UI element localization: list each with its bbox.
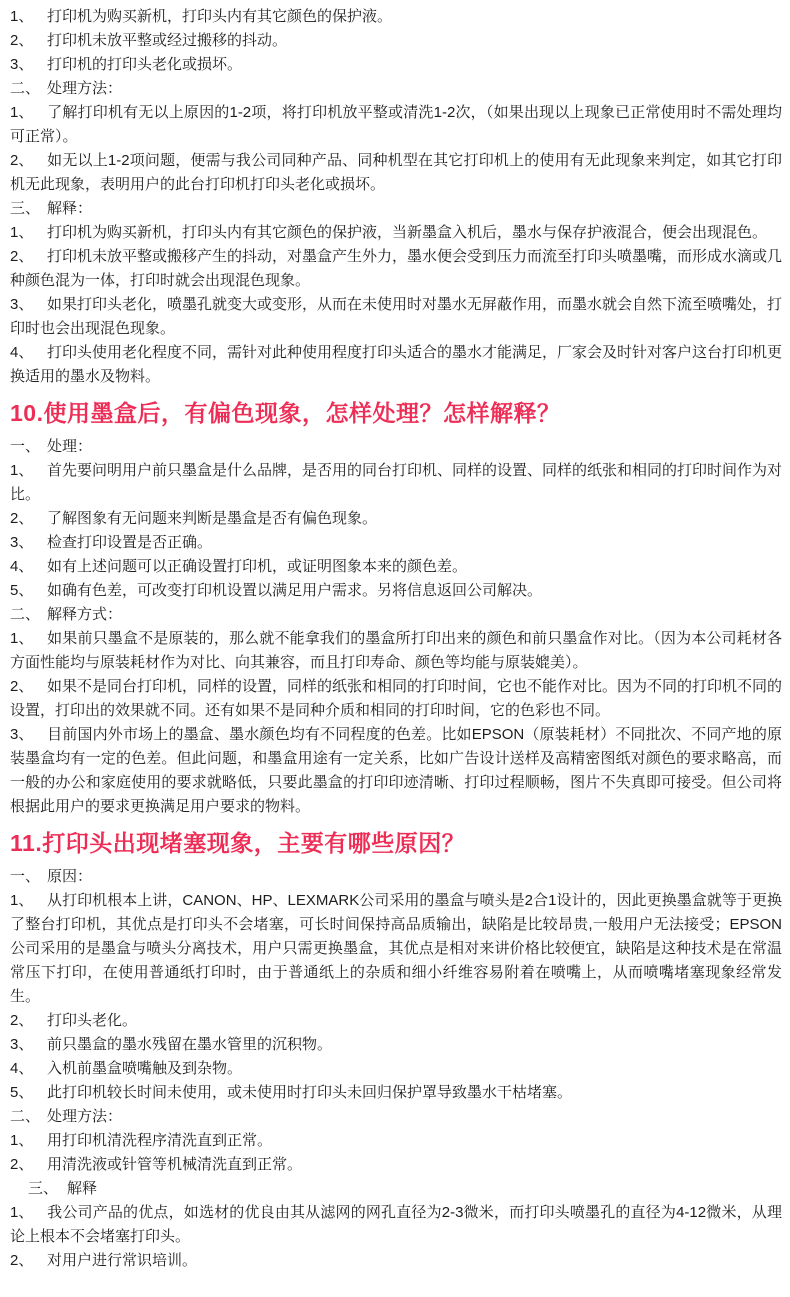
item-text: 打印机未放平整或搬移产生的抖动，对墨盒产生外力，墨水便会受到压力而流至打印头喷墨… (10, 248, 782, 289)
item-text: 此打印机较长时间未使用，或未使用时打印头未回归保护罩导致墨水干枯堵塞。 (47, 1084, 572, 1101)
list-item: 4、如有上述问题可以正确设置打印机，或证明图象本来的颜色差。 (10, 555, 782, 579)
item-number: 1、 (10, 5, 47, 29)
item-number: 2、 (10, 1153, 47, 1177)
list-item: 1、我公司产品的优点，如选材的优良由其从滤网的网孔直径为2-3微米，而打印头喷墨… (10, 1201, 782, 1249)
section-label: 一、原因： (10, 865, 782, 889)
section-label: 三、解释： (10, 197, 782, 221)
list-item: 3、打印机的打印头老化或损坏。 (10, 53, 782, 77)
item-number: 2、 (10, 1249, 47, 1273)
item-number: 3、 (10, 723, 47, 747)
list-item: 1、用打印机清洗程序清洗直到正常。 (10, 1129, 782, 1153)
question-heading-10: 10.使用墨盒后，有偏色现象，怎样处理？怎样解释？ (10, 398, 782, 429)
item-number: 2、 (10, 675, 47, 699)
list-item: 2、了解图象有无问题来判断是墨盒是否有偏色现象。 (10, 507, 782, 531)
item-text: 处理： (47, 438, 92, 455)
item-number: 一、 (10, 435, 47, 459)
item-text: 我公司产品的优点，如选材的优良由其从滤网的网孔直径为2-3微米，而打印头喷墨孔的… (10, 1204, 782, 1245)
list-item: 3、目前国内外市场上的墨盒、墨水颜色均有不同程度的色差。比如EPSON（原装耗材… (10, 723, 782, 819)
list-item: 1、如果前只墨盒不是原装的，那么就不能拿我们的墨盒所打印出来的颜色和前只墨盒作对… (10, 627, 782, 675)
item-number: 2、 (10, 29, 47, 53)
item-text: 处理方法： (47, 1108, 122, 1125)
section-label: 三、解释 (10, 1177, 782, 1201)
item-text: 入机前墨盒喷嘴触及到杂物。 (47, 1060, 242, 1077)
list-item: 1、了解打印机有无以上原因的1-2项，将打印机放平整或清洗1-2次，（如果出现以… (10, 101, 782, 149)
list-item: 5、如确有色差，可改变打印机设置以满足用户需求。另将信息返回公司解决。 (10, 579, 782, 603)
list-item: 2、对用户进行常识培训。 (10, 1249, 782, 1273)
list-item: 2、用清洗液或针管等机械清洗直到正常。 (10, 1153, 782, 1177)
item-number: 1、 (10, 101, 47, 125)
item-number: 3、 (10, 293, 47, 317)
list-item: 3、前只墨盒的墨水残留在墨水管里的沉积物。 (10, 1033, 782, 1057)
item-text: 如无以上1-2项问题，便需与我公司同种产品、同种机型在其它打印机上的使用有无此现… (10, 152, 782, 193)
item-number: 2、 (10, 1009, 47, 1033)
item-text: 打印机为购买新机，打印头内有其它颜色的保护液，当新墨盒入机后，墨水与保存护液混合… (47, 224, 767, 241)
item-text: 打印头使用老化程度不同，需针对此种使用程度打印头适合的墨水才能满足，厂家会及时针… (10, 344, 782, 385)
item-number: 2、 (10, 149, 47, 173)
section-label: 二、解释方式： (10, 603, 782, 627)
item-number: 4、 (10, 1057, 47, 1081)
item-number: 4、 (10, 341, 47, 365)
item-text: 检查打印设置是否正确。 (47, 534, 212, 551)
item-number: 1、 (10, 1129, 47, 1153)
list-item: 3、检查打印设置是否正确。 (10, 531, 782, 555)
item-text: 解释： (47, 200, 92, 217)
item-text: 如果打印头老化，喷墨孔就变大或变形，从而在未使用时对墨水无屏蔽作用，而墨水就会自… (10, 296, 782, 337)
item-number: 3、 (10, 53, 47, 77)
item-number: 1、 (10, 627, 47, 651)
list-item: 2、打印头老化。 (10, 1009, 782, 1033)
list-item: 2、打印机未放平整或经过搬移的抖动。 (10, 29, 782, 53)
list-item: 1、首先要问明用户前只墨盒是什么品牌，是否用的同台打印机、同样的设置、同样的纸张… (10, 459, 782, 507)
item-text: 如果不是同台打印机，同样的设置，同样的纸张和相同的打印时间，它也不能作对比。因为… (10, 678, 782, 719)
item-number: 二、 (10, 77, 47, 101)
item-text: 打印头老化。 (47, 1012, 137, 1029)
item-text: 用打印机清洗程序清洗直到正常。 (47, 1132, 272, 1149)
list-item: 3、如果打印头老化，喷墨孔就变大或变形，从而在未使用时对墨水无屏蔽作用，而墨水就… (10, 293, 782, 341)
section-label: 二、处理方法： (10, 77, 782, 101)
item-number: 二、 (10, 603, 47, 627)
list-item: 4、入机前墨盒喷嘴触及到杂物。 (10, 1057, 782, 1081)
item-number: 1、 (10, 459, 47, 483)
item-text: 首先要问明用户前只墨盒是什么品牌，是否用的同台打印机、同样的设置、同样的纸张和相… (10, 462, 782, 503)
item-number: 3、 (10, 531, 47, 555)
item-text: 如确有色差，可改变打印机设置以满足用户需求。另将信息返回公司解决。 (47, 582, 542, 599)
list-item: 2、如无以上1-2项问题，便需与我公司同种产品、同种机型在其它打印机上的使用有无… (10, 149, 782, 197)
item-number: 1、 (10, 1201, 47, 1225)
item-number: 1、 (10, 889, 47, 913)
list-item: 5、此打印机较长时间未使用，或未使用时打印头未回归保护罩导致墨水干枯堵塞。 (10, 1081, 782, 1105)
item-text: 了解打印机有无以上原因的1-2项，将打印机放平整或清洗1-2次，（如果出现以上现… (10, 104, 782, 145)
item-number: 5、 (10, 1081, 47, 1105)
item-text: 如果前只墨盒不是原装的，那么就不能拿我们的墨盒所打印出来的颜色和前只墨盒作对比。… (10, 630, 782, 671)
item-number: 三、 (10, 197, 47, 221)
item-text: 打印机的打印头老化或损坏。 (47, 56, 242, 73)
item-number: 2、 (10, 507, 47, 531)
item-text: 对用户进行常识培训。 (47, 1252, 197, 1269)
item-number: 3、 (10, 1033, 47, 1057)
item-number: 1、 (10, 221, 47, 245)
item-text: 处理方法： (47, 80, 122, 97)
list-item: 2、如果不是同台打印机，同样的设置，同样的纸张和相同的打印时间，它也不能作对比。… (10, 675, 782, 723)
item-number: 一、 (10, 865, 47, 889)
item-text: 前只墨盒的墨水残留在墨水管里的沉积物。 (47, 1036, 332, 1053)
item-text: 用清洗液或针管等机械清洗直到正常。 (47, 1156, 302, 1173)
item-number: 2、 (10, 245, 47, 269)
list-item: 1、打印机为购买新机，打印头内有其它颜色的保护液。 (10, 5, 782, 29)
item-text: 原因： (47, 868, 92, 885)
item-text: 解释 (67, 1180, 97, 1197)
item-text: 打印机为购买新机，打印头内有其它颜色的保护液。 (47, 8, 392, 25)
item-text: 如有上述问题可以正确设置打印机，或证明图象本来的颜色差。 (47, 558, 467, 575)
question-heading-11: 11.打印头出现堵塞现象，主要有哪些原因？ (10, 828, 782, 859)
item-number: 三、 (28, 1177, 58, 1201)
list-item: 1、打印机为购买新机，打印头内有其它颜色的保护液，当新墨盒入机后，墨水与保存护液… (10, 221, 782, 245)
section-label: 二、处理方法： (10, 1105, 782, 1129)
item-text: 解释方式： (47, 606, 122, 623)
list-item: 2、打印机未放平整或搬移产生的抖动，对墨盒产生外力，墨水便会受到压力而流至打印头… (10, 245, 782, 293)
item-number: 二、 (10, 1105, 47, 1129)
section-label: 一、处理： (10, 435, 782, 459)
item-text: 目前国内外市场上的墨盒、墨水颜色均有不同程度的色差。比如EPSON（原装耗材）不… (10, 726, 782, 815)
document-page: 1、打印机为购买新机，打印头内有其它颜色的保护液。 2、打印机未放平整或经过搬移… (0, 0, 790, 1297)
item-number: 4、 (10, 555, 47, 579)
item-text: 了解图象有无问题来判断是墨盒是否有偏色现象。 (47, 510, 377, 527)
list-item: 1、从打印机根本上讲，CANON、HP、LEXMARK公司采用的墨盒与喷头是2合… (10, 889, 782, 1009)
list-item: 4、打印头使用老化程度不同，需针对此种使用程度打印头适合的墨水才能满足，厂家会及… (10, 341, 782, 389)
item-text: 打印机未放平整或经过搬移的抖动。 (47, 32, 287, 49)
item-text: 从打印机根本上讲，CANON、HP、LEXMARK公司采用的墨盒与喷头是2合1设… (10, 892, 782, 1005)
item-number: 5、 (10, 579, 47, 603)
